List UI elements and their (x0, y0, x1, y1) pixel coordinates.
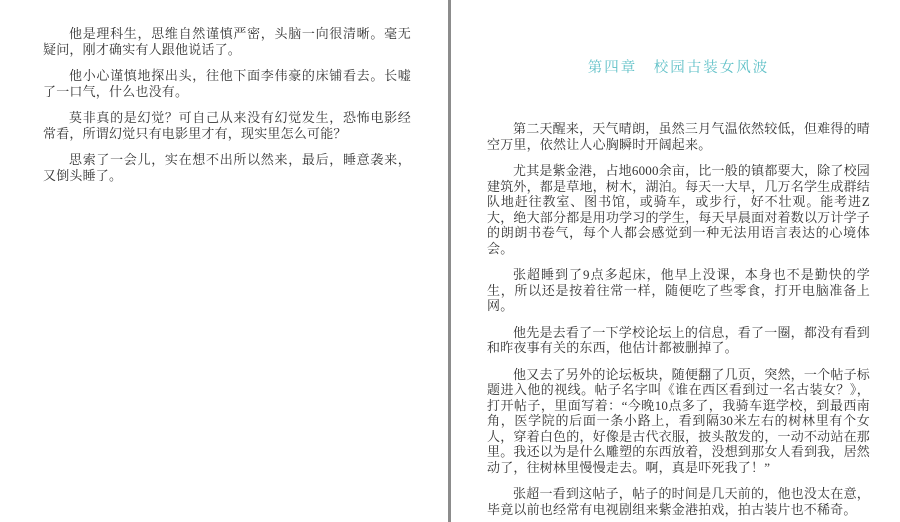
paragraph: 他先是去看了一下学校论坛上的信息，看了一圈，都没有看到和昨夜事有关的东西，他估计… (487, 325, 870, 356)
paragraph: 张超睡到了9点多起床，他早上没课，本身也不是勤快的学生，所以还是按着往常一样，随… (487, 267, 870, 314)
paragraph: 他小心谨慎地探出头，往他下面李伟豪的床铺看去。长嘘了一口气，什么也没有。 (43, 68, 411, 99)
paragraph: 张超一看到这帖子，帖子的时间是几天前的，他也没太在意，毕竟以前也经常有电视剧组来… (487, 486, 870, 517)
paragraph: 第二天醒来，天气晴朗，虽然三月气温依然较低，但难得的晴空万里，依然让人心胸瞬时开… (487, 121, 870, 152)
right-page: 第四章 校园古装女风波 第二天醒来，天气晴朗，虽然三月气温依然较低，但难得的晴空… (451, 0, 900, 522)
paragraph: 尤其是紫金港，占地6000余亩，比一般的镇都要大，除了校园建筑外，都是草地，树木… (487, 163, 870, 256)
paragraph: 他是理科生，思维自然谨慎严密，头脑一向很清晰。毫无疑问，刚才确实有人跟他说话了。 (43, 26, 411, 57)
chapter-title: 第四章 校园古装女风波 (487, 58, 870, 78)
paragraph: 思索了一会儿，实在想不出所以然来，最后，睡意袭来，又倒头睡了。 (43, 152, 411, 183)
book-spread: 他是理科生，思维自然谨慎严密，头脑一向很清晰。毫无疑问，刚才确实有人跟他说话了。… (0, 0, 900, 522)
left-page: 他是理科生，思维自然谨慎严密，头脑一向很清晰。毫无疑问，刚才确实有人跟他说话了。… (0, 0, 448, 522)
paragraph: 莫非真的是幻觉？可自己从来没有幻觉发生，恐怖电影经常看，所谓幻觉只有电影里才有，… (43, 110, 411, 141)
paragraph: 他又去了另外的论坛板块，随便翻了几页，突然，一个帖子标题进入他的视线。帖子名字叫… (487, 367, 870, 476)
